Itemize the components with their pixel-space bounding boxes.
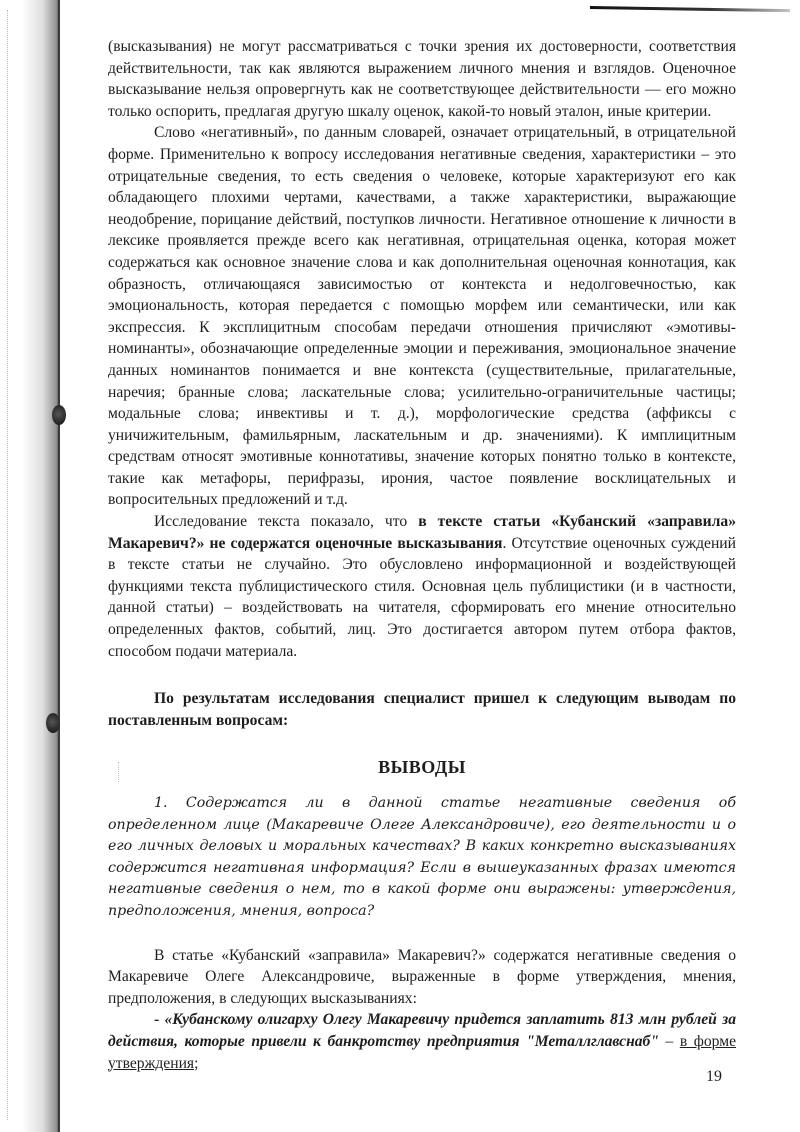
scan-edge-dots [7, 10, 9, 1120]
section-heading-conclusions: ВЫВОДЫ [108, 757, 736, 779]
research-result-end: . Отсутствие оценочных суждений в тексте… [108, 535, 736, 660]
research-result-start: Исследование текста показало, что [154, 513, 418, 530]
scan-binding-shadow [22, 0, 60, 1132]
quote-1-text: «Кубанскому олигарху Олегу Макаревичу пр… [108, 1011, 736, 1050]
punch-hole-upper [52, 405, 66, 425]
answer-intro: В статье «Кубанский «заправила» Макареви… [108, 945, 736, 1010]
quote-1: - «Кубанскому олигарху Олегу Макаревичу … [108, 1009, 736, 1074]
paragraph-research-result: Исследование текста показало, что в текс… [108, 511, 736, 662]
paragraph-negative-definition: Слово «негативный», по данным словарей, … [108, 122, 736, 511]
conclusions-intro-bold: По результатам исследования специалист п… [108, 690, 736, 729]
scan-top-edge [590, 6, 790, 12]
scan-binding-line [58, 0, 60, 1132]
paragraph-opinion-statements: (высказывания) не могут рассматриваться … [108, 36, 736, 122]
page-number: 19 [706, 1068, 722, 1086]
quote-1-prefix: - [154, 1011, 164, 1028]
document-page: (высказывания) не могут рассматриваться … [108, 36, 736, 1074]
punch-hole-lower [46, 713, 60, 733]
quote-1-dash: – [659, 1033, 680, 1050]
paragraph-conclusions-intro: По результатам исследования специалист п… [108, 688, 736, 731]
question-1: 1. Содержатся ли в данной статье негатив… [108, 793, 736, 923]
